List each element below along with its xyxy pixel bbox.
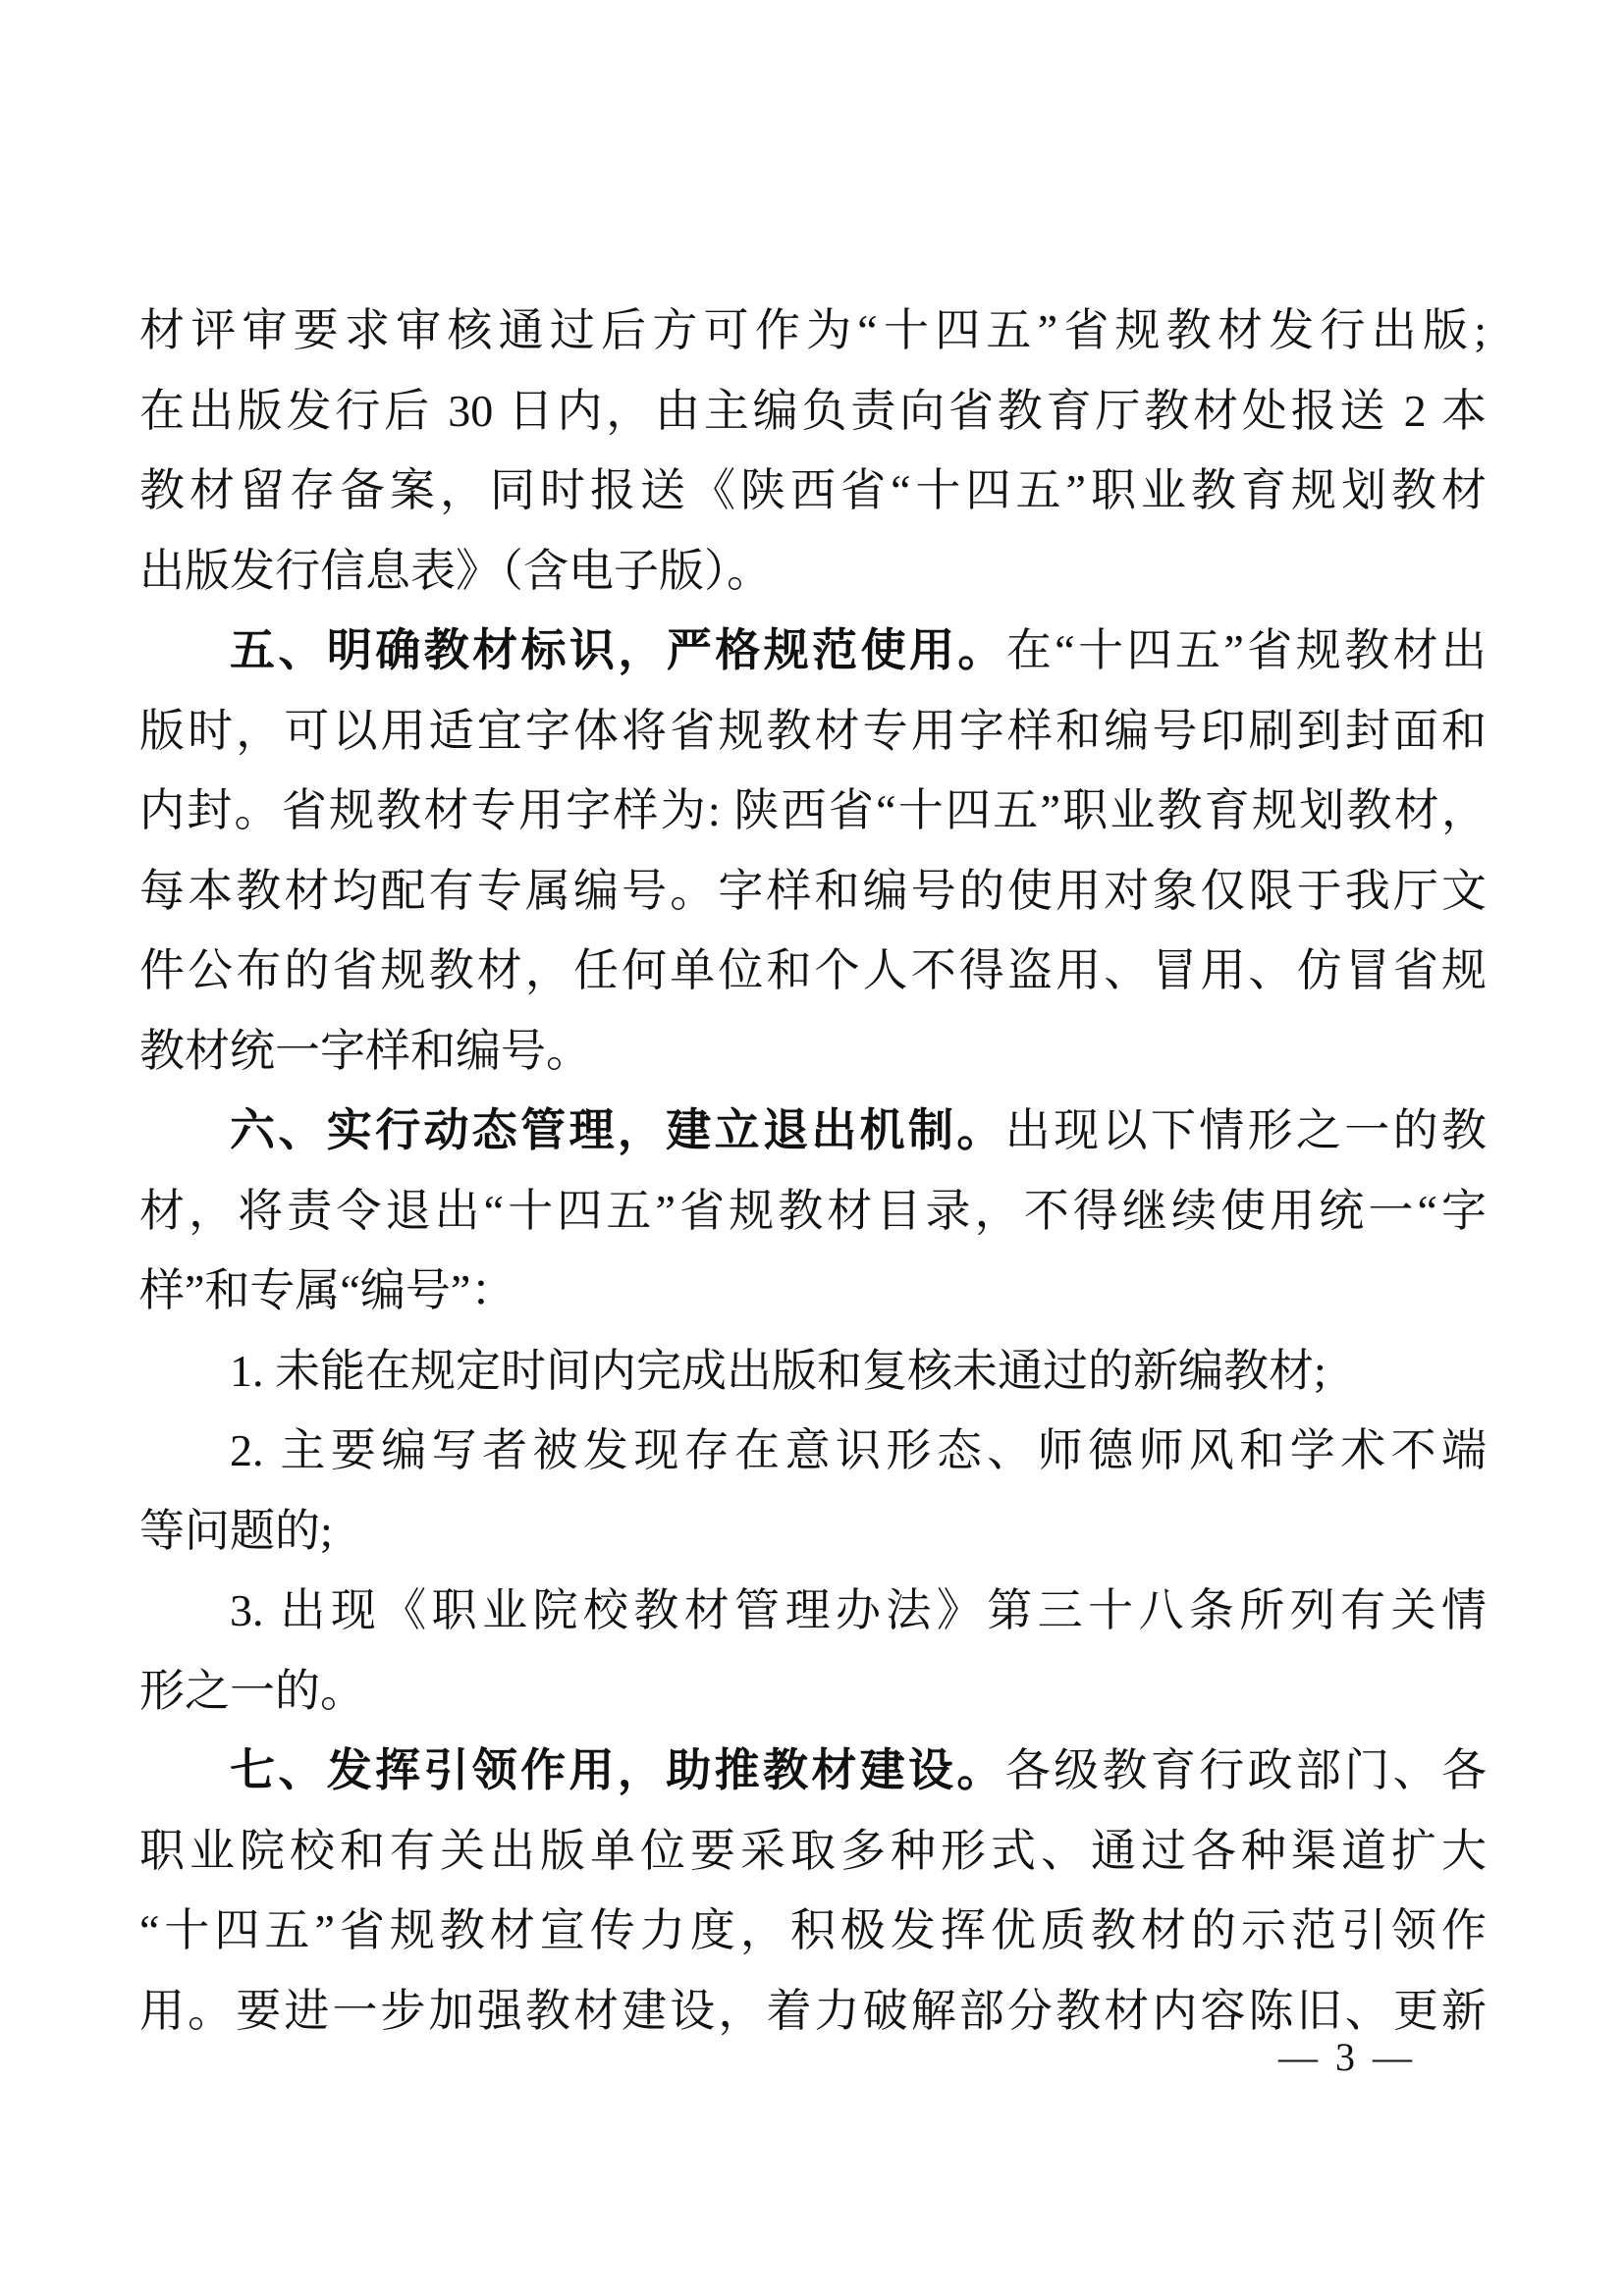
body-text: 材评审要求审核通过后方可作为“十四五”省规教材发行出版; [139, 305, 1487, 355]
body-text: 3. 出现《职业院校教材管理办法》第三十八条所列有关情 [230, 1585, 1487, 1635]
body-text: 在“十四五”省规教材出 [1006, 625, 1487, 675]
text-line: 五、明确教材标识，严格规范使用。在“十四五”省规教材出 [139, 611, 1487, 691]
text-line: 在出版发行后 30 日内，由主编负责向省教育厅教材处报送 2 本 [139, 371, 1487, 452]
body-text: 版时，可以用适宜字体将省规教材专用字样和编号印刷到封面和 [139, 706, 1487, 756]
text-line: 每本教材均配有专属编号。字样和编号的使用对象仅限于我厅文 [139, 851, 1487, 932]
document-body: 材评审要求审核通过后方可作为“十四五”省规教材发行出版;在出版发行后 30 日内… [139, 291, 1487, 2051]
body-text: 内封。省规教材专用字样为: 陕西省“十四五”职业教育规划教材， [139, 785, 1487, 835]
text-line: 材，将责令退出“十四五”省规教材目录，不得继续使用统一“字 [139, 1171, 1487, 1252]
body-text: 每本教材均配有专属编号。字样和编号的使用对象仅限于我厅文 [139, 866, 1487, 916]
body-text: 1. 未能在规定时间内完成出版和复核未通过的新编教材; [230, 1346, 1326, 1396]
text-line: 六、实行动态管理，建立退出机制。出现以下情形之一的教 [139, 1091, 1487, 1171]
text-line: 教材统一字样和编号。 [139, 1011, 1487, 1092]
text-line: 3. 出现《职业院校教材管理办法》第三十八条所列有关情 [139, 1571, 1487, 1651]
text-line: 内封。省规教材专用字样为: 陕西省“十四五”职业教育规划教材， [139, 771, 1487, 851]
body-text: 在出版发行后 30 日内，由主编负责向省教育厅教材处报送 2 本 [139, 386, 1487, 436]
document-page: 材评审要求审核通过后方可作为“十四五”省规教材发行出版;在出版发行后 30 日内… [0, 0, 1624, 2296]
body-text: 出现以下情形之一的教 [1005, 1105, 1487, 1155]
text-line: “十四五”省规教材宣传力度，积极发挥优质教材的示范引领作 [139, 1891, 1487, 1971]
text-line: 样”和专属“编号”： [139, 1251, 1487, 1331]
text-line: 版时，可以用适宜字体将省规教材专用字样和编号印刷到封面和 [139, 691, 1487, 772]
body-text: 用。要进一步加强教材建设，着力破解部分教材内容陈旧、更新 [139, 1986, 1487, 2036]
body-text: 出版发行信息表》（含电子版）。 [139, 546, 772, 596]
page-number: — 3 — [1278, 2034, 1416, 2081]
body-text: “十四五”省规教材宣传力度，积极发挥优质教材的示范引领作 [139, 1905, 1487, 1955]
body-text: 形之一的。 [139, 1666, 365, 1716]
text-line: 件公布的省规教材，任何单位和个人不得盗用、冒用、仿冒省规 [139, 931, 1487, 1011]
section-heading-text: 五、明确教材标识，严格规范使用。 [230, 624, 1006, 675]
body-text: 等问题的; [139, 1506, 333, 1556]
text-line: 等问题的; [139, 1491, 1487, 1572]
body-text: 教材留存备案，同时报送《陕西省“十四五”职业教育规划教材 [139, 465, 1487, 515]
text-line: 1. 未能在规定时间内完成出版和复核未通过的新编教材; [139, 1331, 1487, 1412]
section-heading-text: 六、实行动态管理，建立退出机制。 [230, 1104, 1005, 1155]
body-text: 教材统一字样和编号。 [139, 1026, 591, 1076]
body-text: 材，将责令退出“十四五”省规教材目录，不得继续使用统一“字 [139, 1186, 1487, 1236]
text-line: 2. 主要编写者被发现存在意识形态、师德师风和学术不端 [139, 1411, 1487, 1491]
text-line: 教材留存备案，同时报送《陕西省“十四五”职业教育规划教材 [139, 451, 1487, 531]
body-text: 各级教育行政部门、各 [1005, 1745, 1487, 1795]
text-line: 形之一的。 [139, 1651, 1487, 1732]
text-line: 材评审要求审核通过后方可作为“十四五”省规教材发行出版; [139, 291, 1487, 371]
body-text: 样”和专属“编号”： [139, 1265, 515, 1315]
text-line: 职业院校和有关出版单位要采取多种形式、通过各种渠道扩大 [139, 1811, 1487, 1892]
body-text: 职业院校和有关出版单位要采取多种形式、通过各种渠道扩大 [139, 1826, 1487, 1876]
body-text: 件公布的省规教材，任何单位和个人不得盗用、冒用、仿冒省规 [139, 945, 1487, 995]
text-line: 七、发挥引领作用，助推教材建设。各级教育行政部门、各 [139, 1731, 1487, 1811]
text-line: 出版发行信息表》（含电子版）。 [139, 531, 1487, 612]
section-heading-text: 七、发挥引领作用，助推教材建设。 [230, 1744, 1005, 1795]
body-text: 2. 主要编写者被发现存在意识形态、师德师风和学术不端 [230, 1425, 1487, 1475]
